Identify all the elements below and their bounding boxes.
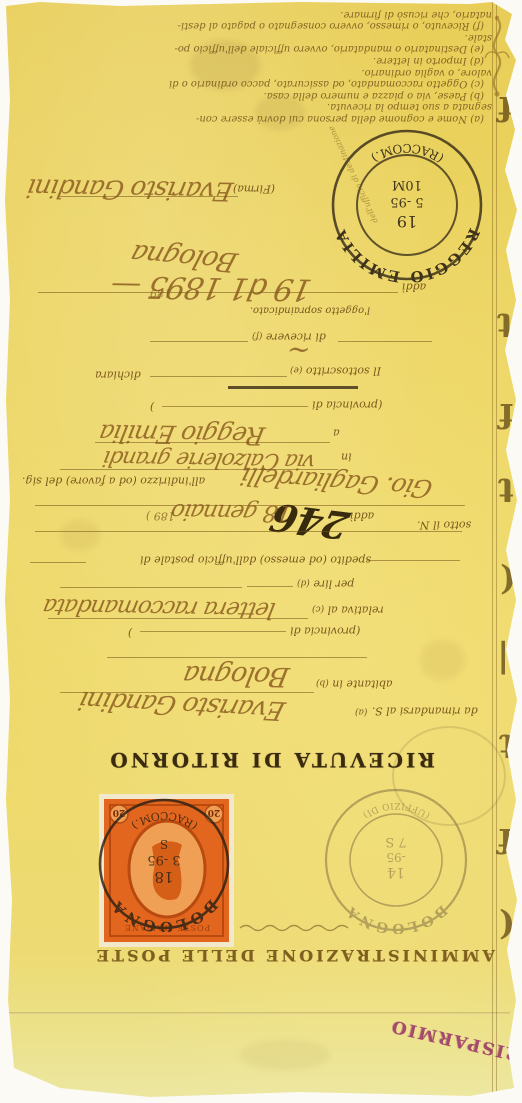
province2-close: ) [150, 400, 154, 413]
postmark-hour: 10M [392, 177, 422, 192]
resident-text: abitante in [332, 678, 392, 691]
paper-sheet: f t f t ( | t f ( (a) Nome e cognome del… [0, 0, 522, 1103]
place-label: a [333, 426, 340, 439]
torn-letter-fragment: ( [500, 560, 516, 600]
sent-rule-right [367, 560, 460, 561]
receive-rule-right [338, 341, 432, 342]
foxing-spot [240, 1040, 330, 1070]
svg-text:(RACCOM.): (RACCOM.) [128, 809, 200, 833]
footnote-line: stale. [92, 31, 492, 43]
related-label: relativa al (c) [312, 603, 384, 616]
heavy-cancel-rule [228, 386, 358, 389]
foxing-spot [60, 520, 100, 550]
resident-rule-top [107, 657, 367, 658]
footnote-line: (a) Nome e cognome della persona cui dov… [92, 112, 492, 124]
svg-text:(UFFIZIO DI): (UFFIZIO DI) [360, 800, 432, 821]
signature-rule [60, 196, 238, 197]
resident-label: abitante in (b) [316, 677, 393, 690]
lire-label: per lire (d) [297, 577, 354, 590]
footnote-line: (f) Ricevuto, o rimesso, ovvero consegna… [92, 20, 492, 32]
sent-date-handwriting: 18 gennaio [170, 499, 294, 524]
torn-letter-fragment: t [497, 305, 513, 345]
footnote-line: (d) Importo in lettere. [92, 54, 492, 66]
footnote-line: (e) Destinatario o mandatario, ovvero uf… [92, 43, 492, 55]
postmark-day: 14 [387, 864, 405, 880]
province1-label: (provincia di [290, 624, 360, 637]
lire-ref: (d) [297, 578, 310, 588]
lire-text: per lire [313, 578, 354, 591]
postmark-year: 3 -95 [147, 852, 180, 867]
place-rule [95, 442, 330, 443]
addi2-label: addì [350, 509, 374, 522]
sent-label: spedito (od emesso) dall'ufficio postale… [140, 553, 371, 566]
postmark-raccom-arc: (RACCOM.) [368, 141, 446, 166]
footnotes-block: (a) Nome e cognome della persona cui dov… [92, 8, 492, 124]
sent-rule-left [30, 562, 86, 563]
return-to-ref: (a) [355, 706, 367, 716]
undersigned-label: Il sottoscritto (e) [290, 364, 381, 377]
return-to-text: da rimandarsi al S. [372, 705, 478, 718]
address-label: all'indirizzo (od a favore) del sig. [22, 474, 205, 487]
torn-letter-fragment: f [498, 820, 513, 860]
svg-text:(RACCOM.): (RACCOM.) [368, 141, 446, 166]
torn-letter-fragment: | [497, 640, 509, 680]
postmark-year: -95 [386, 850, 405, 864]
undersigned-text: Il sottoscritto [306, 365, 381, 378]
footnote-line: (c) Oggetto raccomandato, od assicurato,… [92, 78, 492, 90]
postmark-origin: BOLOGNA (RACCOM.) 18 3 -95 S [96, 796, 232, 932]
footnote-line: natario, che ricusò di firmare. [92, 8, 492, 20]
form-border-rule [492, 0, 493, 1103]
related-text: relativa al [328, 604, 384, 617]
object-label: l'oggetto sopraindicato. [250, 304, 370, 316]
resident-handwriting: Bologna [181, 661, 291, 690]
address-handwriting: Gio. Gagliardelli [239, 464, 436, 502]
lire-dash [247, 586, 293, 587]
risparmio-handstamp: RISPARMIO [372, 1011, 522, 1064]
related-ref: (c) [312, 604, 324, 614]
torn-letter-fragment: ( [499, 905, 515, 945]
postmark-transit: BOLOGNA (UFFIZIO DI) 14 -95 7 S [322, 786, 470, 934]
postmark-office-arc: (UFFIZIO DI) [360, 800, 432, 821]
place-handwriting: Reggio Emilia [98, 421, 267, 449]
printed-year2: 189 ) [146, 509, 175, 522]
administration-heading: AMMINISTRAZIONE DELLE POSTE [150, 946, 495, 965]
date-rule [38, 292, 398, 293]
postmark-hour: 7 S [385, 834, 406, 849]
document-title: RICEVUTA DI RITORNO [135, 748, 435, 772]
postmark-destination: REGGIO EMILIA (RACCOM.) 19 5 -95 10M [328, 126, 486, 284]
lire-rule [60, 587, 242, 588]
postmark-year: 5 -95 [390, 194, 423, 209]
postmark-day: 18 [154, 868, 173, 886]
receive-ref: (f) [252, 331, 262, 341]
resident-ref: (b) [316, 678, 329, 688]
undersigned-rule [150, 376, 287, 377]
province1-rule [140, 631, 286, 632]
footnote-line: valore, o vaglia ordinario. [92, 66, 492, 78]
street-label: in [341, 450, 352, 463]
fold-crease [8, 1012, 510, 1015]
related-rule [48, 618, 308, 619]
postmark-day: 19 [397, 212, 417, 231]
signature-handwriting: Evaristo Gandini [25, 174, 235, 203]
return-to-label: da rimandarsi al S. [372, 704, 478, 717]
foxing-spot [420, 640, 465, 680]
province2-label: (provincia di [312, 398, 382, 411]
declare-label: dichiara [95, 368, 141, 381]
province1-close: ) [128, 626, 132, 639]
document-scan: f t f t ( | t f ( (a) Nome e cognome del… [0, 0, 522, 1103]
number-rule [35, 531, 462, 532]
postmark-hour: S [160, 837, 168, 851]
form-border-rule [496, 0, 497, 1103]
undersigned-ref: (e) [290, 365, 302, 375]
province2-rule [162, 406, 308, 407]
postmark-raccom-arc: (RACCOM.) [128, 809, 200, 833]
torn-letter-fragment: t [498, 470, 514, 510]
addi-label: addì [402, 280, 426, 293]
related-handwriting: lettera raccomandata [42, 594, 278, 621]
number-label: sotto il N. [417, 518, 471, 531]
receive-rule-left [150, 341, 248, 342]
firma-label: (Firma) [233, 182, 275, 195]
footnote-line: (b) Paese, via o piazza e numero della c… [92, 89, 492, 101]
date-handwriting: 19 d1 1895 — [109, 270, 314, 303]
torn-letter-fragment: f [499, 395, 514, 435]
wavy-rule [238, 922, 350, 934]
receive-flourish-handwriting: ~ [285, 336, 313, 364]
footnote-line: segnata a suo tempo la ricevuta. [92, 101, 492, 113]
